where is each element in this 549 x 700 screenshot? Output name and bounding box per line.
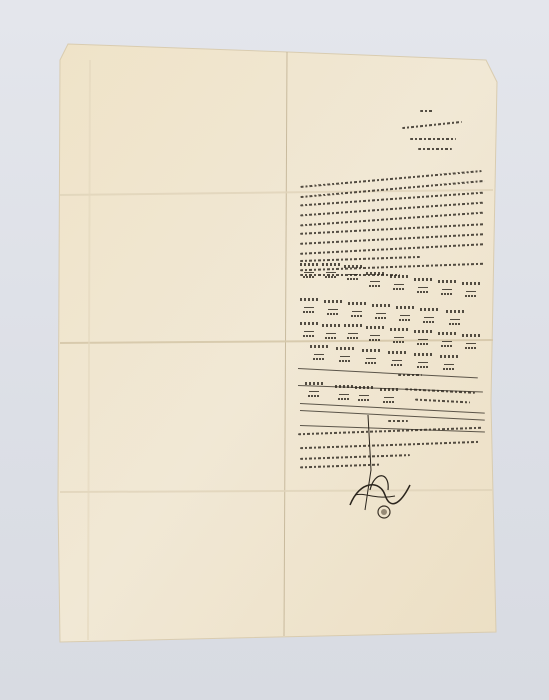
signature-and-seal — [340, 410, 420, 520]
